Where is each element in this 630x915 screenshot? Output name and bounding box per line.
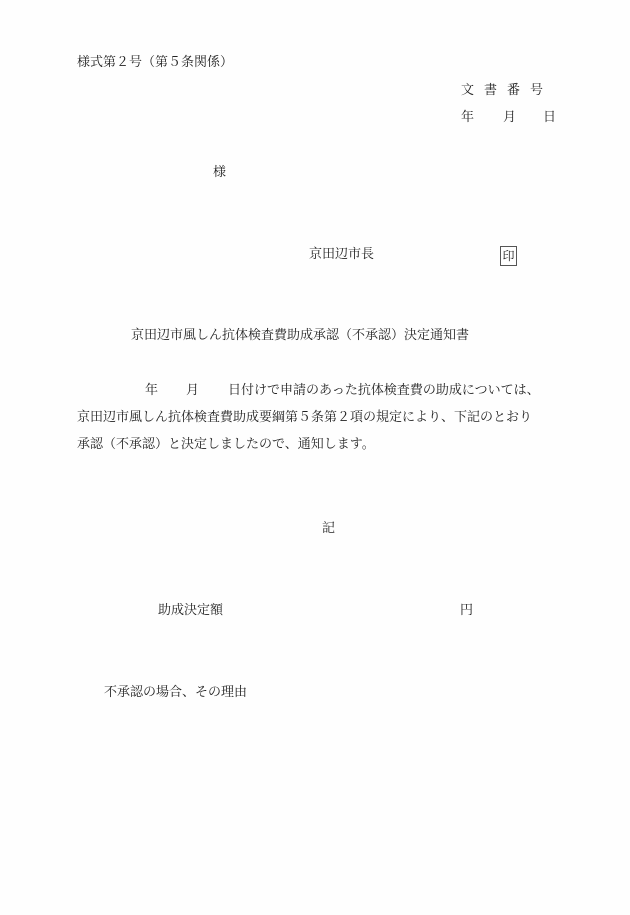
seal-mark: 印 [500, 246, 517, 266]
document-title: 京田辺市風しん抗体検査費助成承認（不承認）決定通知書 [131, 328, 469, 344]
note-heading: 記 [322, 521, 335, 537]
body-year: 年 [145, 383, 158, 399]
body-line3: 承認（不承認）と決定しましたので、通知します。 [77, 437, 375, 453]
rejection-reason-label: 不承認の場合、その理由 [104, 685, 247, 701]
date-day-label: 日 [543, 110, 556, 126]
issuer-name: 京田辺市長 [309, 247, 374, 263]
document-number-label: 文書番号 [461, 83, 553, 99]
body-line2: 京田辺市風しん抗体検査費助成要綱第５条第２項の規定により、下記のとおり [77, 410, 532, 426]
form-number: 様式第２号（第５条関係） [77, 55, 233, 71]
addressee-suffix: 様 [213, 165, 226, 181]
grant-amount-label: 助成決定額 [158, 603, 223, 619]
date-month-label: 月 [503, 110, 516, 126]
date-year-label: 年 [461, 110, 474, 126]
grant-amount-unit: 円 [460, 603, 473, 619]
body-month: 月 [186, 383, 199, 399]
body-line1: 日付けで申請のあった抗体検査費の助成については、 [228, 383, 540, 399]
